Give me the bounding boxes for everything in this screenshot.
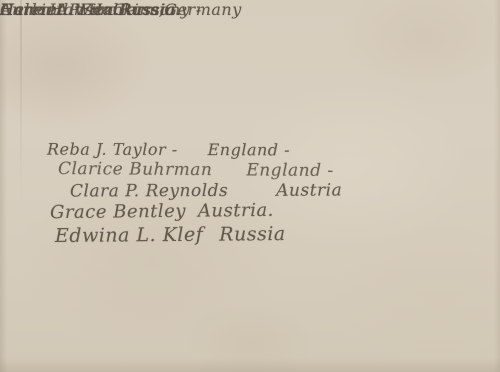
signatory-country: Russia [219,223,286,246]
signatory-country: England - [246,160,333,181]
signatory-country: England - [208,140,290,159]
signature-line: Clarice BuhrmanEngland - [58,159,334,181]
signatory-country: Austria [276,181,342,201]
signatory-name: Clarice Buhrman [58,159,212,180]
paper-crease-vertical [20,0,22,210]
paper-shadow-bottom [0,358,500,372]
signature-line: Edwina L. KlefRussia [55,223,286,247]
signatory-name: Edwina L. Klef [55,224,203,247]
signature-line: Reba J. Taylor -England - [47,140,290,160]
scanned-card: Reba J. Taylor -England - Clarice Buhrma… [0,0,500,372]
signature-line: Grace BentleyAustria. [50,200,274,223]
signatory-country: Germany - [113,0,202,19]
signatory-name: Helen A. Fitz [0,0,113,19]
paper-crease-left-edge [0,0,7,372]
signature-line: Clara P. ReynoldsAustria [70,181,342,202]
signatory-country: Austria. [198,200,274,222]
paper-crease-right-edge [494,0,500,372]
signature-line: Helen A. FitzGermany - [0,0,202,19]
signatory-name: Grace Bentley [50,201,186,223]
signatory-name: Reba J. Taylor - [47,140,178,159]
signatory-name: Clara P. Reynolds [70,181,228,202]
